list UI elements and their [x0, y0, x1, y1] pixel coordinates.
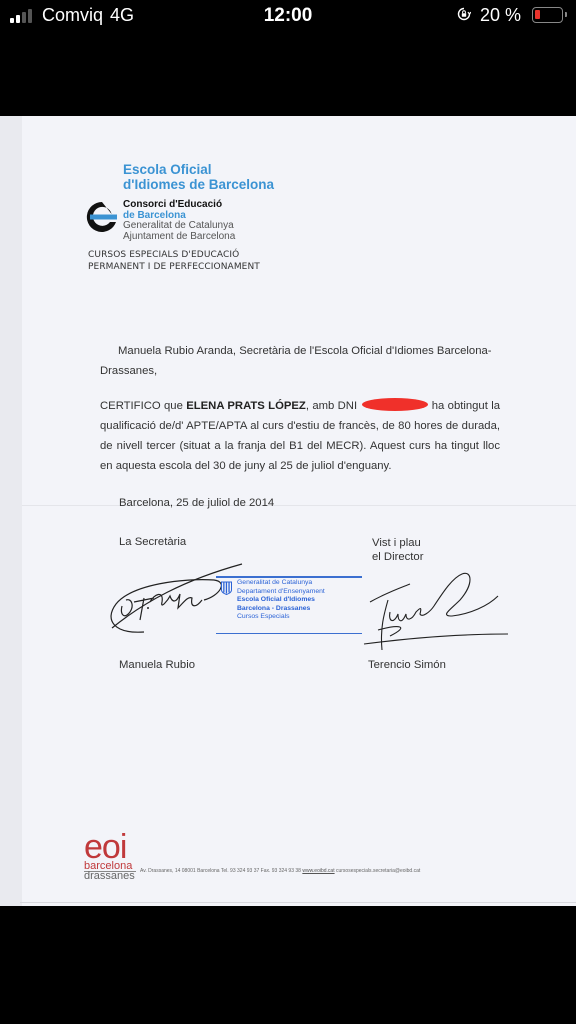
page-bottom-edge — [20, 902, 576, 903]
certificate-document: Escola Oficial d'Idiomes de Barcelona Co… — [0, 116, 576, 906]
secretary-name: Manuela Rubio — [119, 659, 195, 671]
rotation-lock-icon — [457, 7, 471, 21]
certification-paragraph: CERTIFICO que ELENA PRATS LÓPEZ, amb DNI… — [100, 396, 500, 476]
director-name: Terencio Simón — [368, 659, 446, 671]
director-title: Vist i plau el Director — [372, 536, 423, 564]
student-name: ELENA PRATS LÓPEZ — [186, 400, 306, 412]
paper-fold-line — [22, 505, 576, 506]
footer-website-link[interactable]: www.eoibd.cat — [302, 868, 334, 874]
date-line: Barcelona, 25 de juliol de 2014 — [119, 497, 274, 509]
official-stamp: Generalitat de Catalunya Departament d'E… — [216, 576, 362, 634]
redacted-dni — [362, 398, 428, 411]
battery-percentage: 20 % — [480, 5, 521, 26]
school-name: Escola Oficial d'Idiomes de Barcelona — [123, 162, 274, 192]
director-signature — [360, 562, 510, 662]
secretary-title: La Secretària — [119, 536, 186, 548]
battery-icon — [532, 7, 563, 23]
catalonia-emblem-icon — [221, 581, 232, 595]
eoi-barcelona-drassanes-logo: eoi barcelona drassanes — [84, 832, 136, 881]
consorci-e-logo-icon — [85, 200, 119, 234]
courses-department-heading: CURSOS ESPECIALS D'EDUCACIÓ PERMANENT I … — [88, 249, 260, 273]
status-bar: Comviq 4G 12:00 20 % — [0, 0, 576, 32]
footer-contact-line: Av. Drassanes, 14 08001 Barcelona Tel. 9… — [140, 868, 420, 874]
footer-address: Av. Drassanes, 14 08001 Barcelona Tel. 9… — [140, 868, 302, 874]
footer-email: cursosespecials.secretaria@eoibd.cat — [335, 868, 421, 874]
consorci-block: Consorci d'Educació de Barcelona General… — [123, 200, 235, 242]
intro-paragraph: Manuela Rubio Aranda, Secretària de l'Es… — [100, 341, 500, 381]
page-edge-shadow — [0, 116, 22, 906]
